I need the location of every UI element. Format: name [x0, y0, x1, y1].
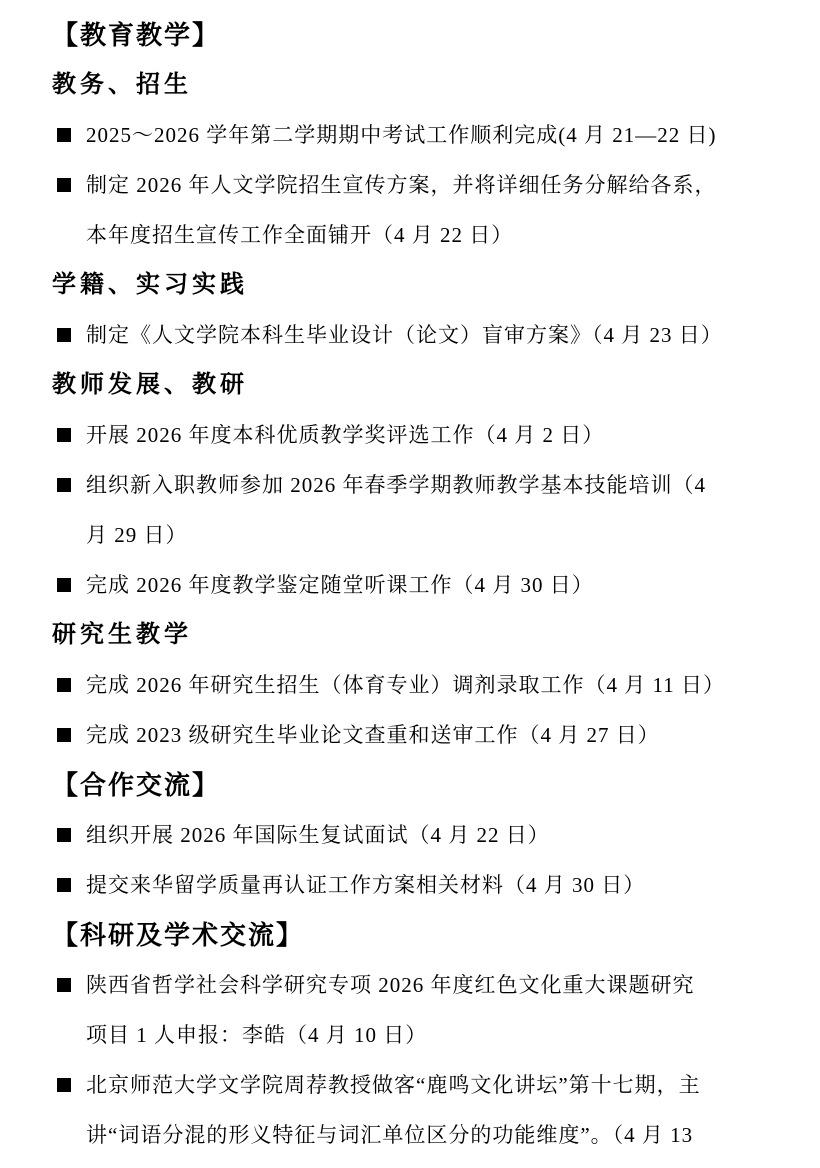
list-item-line: 制定《人文学院本科生毕业设计（论文）盲审方案》（4 月 23 日） — [86, 310, 723, 360]
bullet-square-icon — [57, 328, 71, 342]
list-item-line: 提交来华留学质量再认证工作方案相关材料（4 月 30 日） — [86, 860, 645, 910]
section-heading-research-academic-exchange: 【科研及学术交流】 — [52, 910, 782, 960]
list-item: 完成 2026 年度教学鉴定随堂听课工作（4 月 30 日） — [52, 560, 782, 610]
list-item-line: 陕西省哲学社会科学研究专项 2026 年度红色文化重大课题研究 — [86, 960, 695, 1010]
section-heading-cooperation-exchange: 【合作交流】 — [52, 760, 782, 810]
bullet-square-icon — [57, 578, 71, 592]
list-item-line: 月 29 日） — [86, 510, 706, 560]
bullet-square-icon — [57, 678, 71, 692]
list-item: 组织开展 2026 年国际生复试面试（4 月 22 日） — [52, 810, 782, 860]
bullet-square-icon — [57, 428, 71, 442]
list-item: 组织新入职教师参加 2026 年春季学期教师教学基本技能培训（4 月 29 日） — [52, 460, 782, 560]
list-item: 北京师范大学文学院周荐教授做客“鹿鸣文化讲坛”第十七期，主 讲“词语分混的形义特… — [52, 1060, 782, 1160]
list-item-line: 2025～2026 学年第二学期期中考试工作顺利完成(4 月 21—22 日) — [86, 110, 717, 160]
list-item-line: 完成 2023 级研究生毕业论文查重和送审工作（4 月 27 日） — [86, 710, 660, 760]
list-item-line: 本年度招生宣传工作全面铺开（4 月 22 日） — [86, 210, 717, 260]
bullet-square-icon — [57, 1078, 71, 1092]
list-item: 完成 2026 年研究生招生（体育专业）调剂录取工作（4 月 11 日） — [52, 660, 782, 710]
list-item-line: 完成 2026 年度教学鉴定随堂听课工作（4 月 30 日） — [86, 560, 594, 610]
list-item-line: 北京师范大学文学院周荐教授做客“鹿鸣文化讲坛”第十七期，主 — [86, 1060, 701, 1110]
list-item: 完成 2023 级研究生毕业论文查重和送审工作（4 月 27 日） — [52, 710, 782, 760]
bullet-square-icon — [57, 728, 71, 742]
list-item-line: 讲“词语分混的形义特征与词汇单位区分的功能维度”。（4 月 13 — [86, 1110, 701, 1160]
subsection-heading-student-records-practice: 学籍、实习实践 — [52, 260, 782, 310]
list-item: 制定 2026 年人文学院招生宣传方案，并将详细任务分解给各系， 本年度招生宣传… — [52, 160, 782, 260]
list-item: 陕西省哲学社会科学研究专项 2026 年度红色文化重大课题研究 项目 1 人申报… — [52, 960, 782, 1060]
list-item-line: 制定 2026 年人文学院招生宣传方案，并将详细任务分解给各系， — [86, 160, 717, 210]
subsection-heading-academic-admissions: 教务、招生 — [52, 60, 782, 110]
subsection-heading-graduate-teaching: 研究生教学 — [52, 610, 782, 660]
list-item-line: 组织开展 2026 年国际生复试面试（4 月 22 日） — [86, 810, 550, 860]
bullet-square-icon — [57, 878, 71, 892]
document-page: 【教育教学】 教务、招生 2025～2026 学年第二学期期中考试工作顺利完成(… — [0, 0, 820, 1168]
list-item-line: 完成 2026 年研究生招生（体育专业）调剂录取工作（4 月 11 日） — [86, 660, 725, 710]
bullet-square-icon — [57, 978, 71, 992]
list-item: 提交来华留学质量再认证工作方案相关材料（4 月 30 日） — [52, 860, 782, 910]
list-item-line: 项目 1 人申报：李皓（4 月 10 日） — [86, 1010, 695, 1060]
bullet-square-icon — [57, 178, 71, 192]
list-item-line: 开展 2026 年度本科优质教学奖评选工作（4 月 2 日） — [86, 410, 604, 460]
bullet-square-icon — [57, 128, 71, 142]
list-item: 2025～2026 学年第二学期期中考试工作顺利完成(4 月 21—22 日) — [52, 110, 782, 160]
list-item: 制定《人文学院本科生毕业设计（论文）盲审方案》（4 月 23 日） — [52, 310, 782, 360]
bullet-square-icon — [57, 828, 71, 842]
section-heading-education: 【教育教学】 — [52, 10, 782, 60]
subsection-heading-teacher-development: 教师发展、教研 — [52, 360, 782, 410]
bullet-square-icon — [57, 478, 71, 492]
list-item: 开展 2026 年度本科优质教学奖评选工作（4 月 2 日） — [52, 410, 782, 460]
list-item-line: 组织新入职教师参加 2026 年春季学期教师教学基本技能培训（4 — [86, 460, 706, 510]
